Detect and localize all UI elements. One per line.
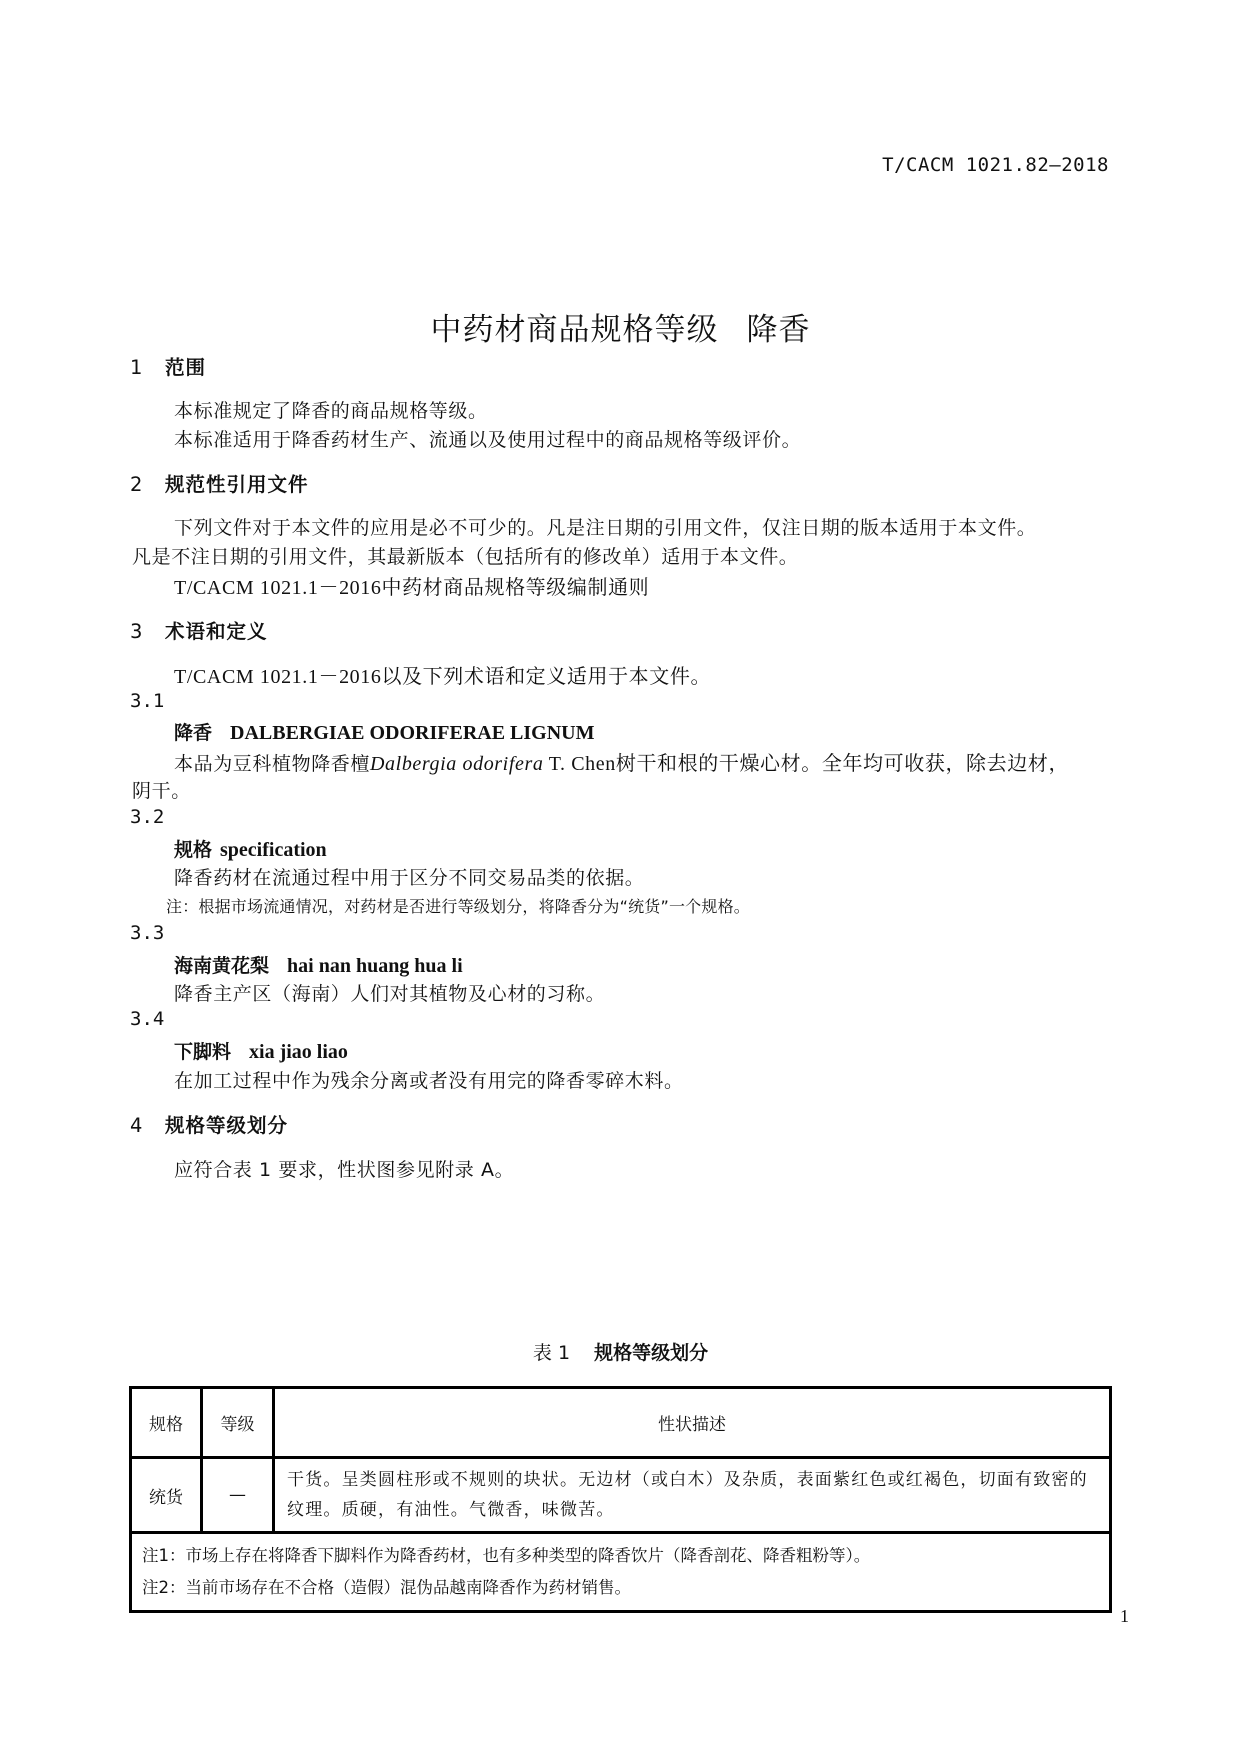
section-title: 规范性引用文件 [165,473,309,496]
cell-spec: 统货 [131,1458,202,1533]
term-number: 3.2 [130,806,164,828]
document-title: 中药材商品规格等级降香 [0,304,1241,349]
term-en: hai nan huang hua li [287,955,463,977]
cell-grade: — [202,1458,274,1533]
table-number: 表 1 [533,1342,570,1364]
table-header-row: 规格 等级 性状描述 [131,1388,1111,1458]
definition-text: T. Chen树干和根的干燥心材。全年均可收获，除去边材， [543,753,1069,775]
section-3-heading: 3术语和定义 [130,616,268,644]
term-definition: 本品为豆科植物降香檀Dalbergia odorifera T. Chen树干和… [174,747,1069,776]
title-subject: 降香 [747,312,811,348]
term-3-3: 海南黄花梨hai nan huang hua li [174,951,463,978]
title-main: 中药材商品规格等级 [431,312,719,348]
term-definition-cont: 阴干。 [132,776,191,803]
definition-text: 本品为豆科植物降香檀 [174,753,370,775]
section-number: 1 [130,356,165,379]
section-number: 2 [130,473,165,496]
term-zh: 规格 [174,839,212,861]
paragraph: T/CACM 1021.1－2016以及下列术语和定义适用于本文件。 [174,660,711,689]
standard-code: T/CACM 1021.82—2018 [882,154,1109,176]
term-zh: 海南黄花梨 [174,955,269,977]
paragraph: 下列文件对于本文件的应用是必不可少的。凡是注日期的引用文件，仅注日期的版本适用于… [174,513,1036,540]
paragraph: 应符合表 1 要求，性状图参见附录 A。 [174,1155,514,1182]
table-note-1: 注1：市场上存在将降香下脚料作为降香药材，也有多种类型的降香饮片（降香剖花、降香… [142,1540,1099,1572]
term-note: 注：根据市场流通情况，对药材是否进行等级划分，将降香分为“统货”一个规格。 [166,894,750,917]
section-2-heading: 2规范性引用文件 [130,469,309,497]
table-row: 统货 — 干货。呈类圆柱形或不规则的块状。无边材（或白木）及杂质，表面紫红色或红… [131,1458,1111,1533]
cell-description: 干货。呈类圆柱形或不规则的块状。无边材（或白木）及杂质，表面紫红色或红褐色，切面… [274,1458,1111,1533]
term-en: DALBERGIAE ODORIFERAE LIGNUM [230,722,594,744]
latin-name: Dalbergia odorifera [370,753,543,775]
grade-table: 规格 等级 性状描述 统货 — 干货。呈类圆柱形或不规则的块状。无边材（或白木）… [129,1386,1112,1613]
section-number: 4 [130,1114,165,1137]
term-number: 3.1 [130,690,164,712]
term-zh: 降香 [174,722,212,744]
header-description: 性状描述 [274,1388,1111,1458]
paragraph: 本标准适用于降香药材生产、流通以及使用过程中的商品规格等级评价。 [174,425,801,452]
term-number: 3.4 [130,1008,164,1030]
term-3-1: 降香DALBERGIAE ODORIFERAE LIGNUM [174,718,595,745]
term-definition: 降香主产区（海南）人们对其植物及心材的习称。 [174,979,605,1006]
table-notes: 注1：市场上存在将降香下脚料作为降香药材，也有多种类型的降香饮片（降香剖花、降香… [131,1533,1111,1612]
term-en: xia jiao liao [249,1041,348,1063]
section-title: 范围 [165,356,206,379]
term-en: specification [220,839,327,861]
term-number: 3.3 [130,922,164,944]
paragraph: 凡是不注日期的引用文件，其最新版本（包括所有的修改单）适用于本文件。 [132,542,798,569]
header-spec: 规格 [131,1388,202,1458]
section-number: 3 [130,620,165,643]
reference-document: T/CACM 1021.1－2016中药材商品规格等级编制通则 [174,571,649,600]
section-4-heading: 4规格等级划分 [130,1110,288,1138]
table-note-2: 注2：当前市场存在不合格（造假）混伪品越南降香作为药材销售。 [142,1572,1099,1604]
page-number: 1 [1120,1606,1129,1627]
table-notes-row: 注1：市场上存在将降香下脚料作为降香药材，也有多种类型的降香饮片（降香剖花、降香… [131,1533,1111,1612]
term-3-2: 规格specification [174,835,327,862]
term-definition: 在加工过程中作为残余分离或者没有用完的降香零碎木料。 [174,1066,684,1093]
section-1-heading: 1范围 [130,352,206,380]
header-grade: 等级 [202,1388,274,1458]
table-caption: 表 1规格等级划分 [0,1338,1241,1365]
paragraph: 本标准规定了降香的商品规格等级。 [174,396,488,423]
table-title: 规格等级划分 [594,1342,708,1364]
term-3-4: 下脚料xia jiao liao [174,1037,348,1064]
section-title: 术语和定义 [165,620,268,643]
term-zh: 下脚料 [174,1041,231,1063]
term-definition: 降香药材在流通过程中用于区分不同交易品类的依据。 [174,863,644,890]
section-title: 规格等级划分 [165,1114,288,1137]
